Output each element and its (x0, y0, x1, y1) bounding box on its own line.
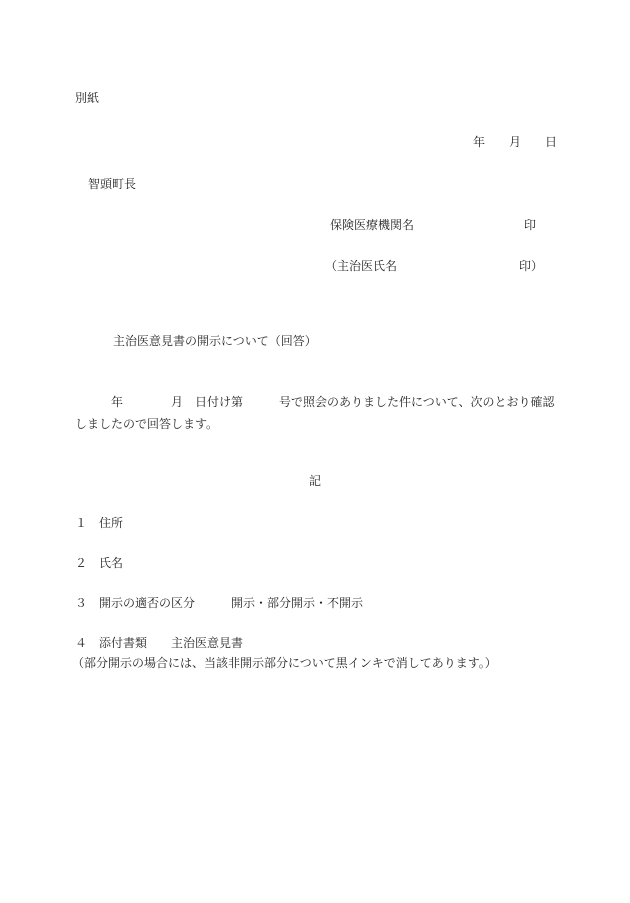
institution-seal-mark: 印 (524, 217, 536, 233)
document-page: 別紙 年 月 日 智頭町長 保険医療機関名 印 （主治医氏名 印） 主治医意見書… (0, 0, 630, 903)
document-title: 主治医意見書の開示について（回答） (113, 333, 317, 349)
item-disclosure-category: ３ 開示の適否の区分 開示・部分開示・不開示 (75, 595, 363, 611)
addressee-mayor: 智頭町長 (88, 176, 136, 192)
item-attached-documents: ４ 添付書類 主治医意見書 (75, 635, 243, 651)
medical-institution-label: 保険医療機関名 (330, 217, 414, 233)
record-marker: 記 (0, 473, 630, 489)
item-address: １ 住所 (75, 515, 123, 531)
physician-seal-mark: 印） (519, 258, 543, 274)
attending-physician-label: （主治医氏名 (325, 258, 397, 274)
attachment-label: 別紙 (75, 90, 99, 106)
body-text-line-2: しましたので回答します。 (75, 416, 218, 432)
date-blank-line: 年 月 日 (0, 134, 557, 150)
item-name: ２ 氏名 (75, 555, 123, 571)
body-text-line-1: 年 月 日付け第 号で照会のありました件について、次のとおり確認 (75, 394, 555, 410)
partial-disclosure-note: （部分開示の場合には、当該非開示部分について黒インキで消してあります。） (72, 655, 497, 671)
